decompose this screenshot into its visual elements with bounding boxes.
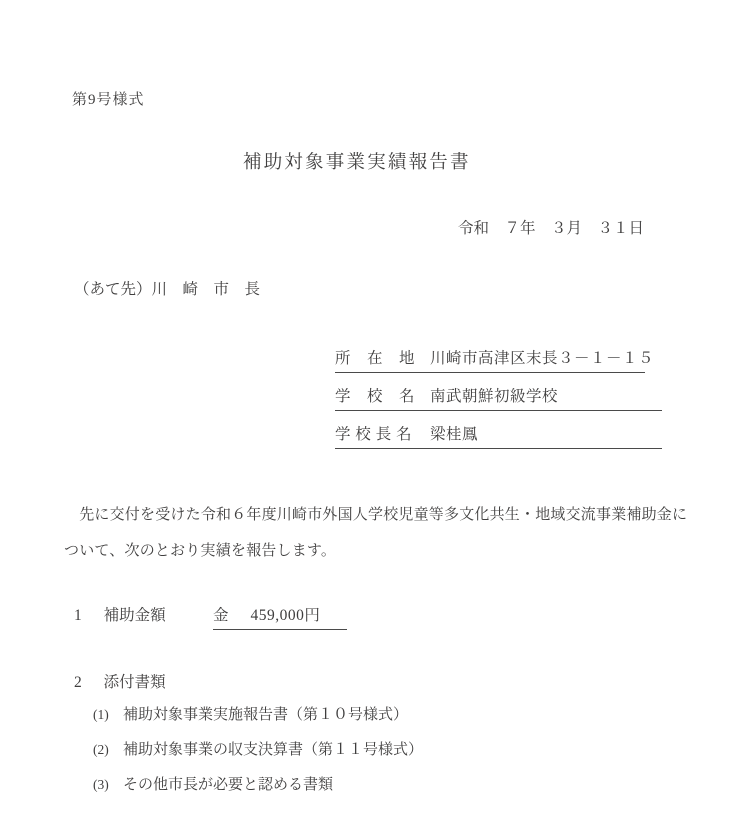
attachment-item-1: (1) 補助対象事業実施報告書（第１０号様式）: [93, 706, 408, 724]
subsidy-amount-field: 金 459,000円: [213, 607, 347, 630]
attachment-item-1-text: 補助対象事業実施報告書（第１０号様式）: [123, 706, 408, 724]
attachment-item-2-number: (2): [93, 741, 123, 759]
principal-name-field-value: 梁桂鳳: [430, 426, 478, 444]
document-date: 令和 ７年 ３月 ３１日: [458, 220, 644, 238]
section-1-label: 補助金額: [104, 607, 166, 624]
school-name-field-label: 学 校 名: [335, 388, 411, 406]
attachment-item-3: (3) その他市長が必要と認める書類: [93, 776, 333, 794]
scanned-report-page: 第9号様式 補助対象事業実績報告書 令和 ７年 ３月 ３１日 （あて先）川 崎 …: [0, 0, 735, 831]
attachment-item-3-number: (3): [93, 776, 123, 794]
principal-name-field-label: 学 校 長 名: [335, 426, 411, 444]
school-name-field-value: 南武朝鮮初級学校: [430, 388, 558, 406]
attachment-item-2-text: 補助対象事業の収支決算書（第１１号様式）: [123, 741, 423, 759]
attachment-item-2: (2) 補助対象事業の収支決算書（第１１号様式）: [93, 741, 423, 759]
body-paragraph-line-2: ついて、次のとおり実績を報告します。: [64, 542, 336, 560]
form-number: 第9号様式: [72, 91, 145, 109]
amount-value: 459,000円: [251, 607, 321, 625]
field-row-school-name: 学 校 名 南武朝鮮初級学校: [335, 388, 662, 411]
address-field-value: 川崎市高津区末長３－１－１５: [430, 350, 654, 368]
section-2-number: 2: [74, 674, 82, 692]
addressee-line: （あて先）川 崎 市 長: [74, 281, 260, 299]
field-row-address: 所 在 地 川崎市高津区末長３－１－１５: [335, 350, 645, 373]
attachment-item-3-text: その他市長が必要と認める書類: [123, 776, 333, 794]
attachment-item-1-number: (1): [93, 706, 123, 724]
amount-currency-label: 金: [213, 607, 229, 625]
field-row-principal-name: 学 校 長 名 梁桂鳳: [335, 426, 662, 449]
section-1-number: 1: [74, 607, 82, 625]
body-paragraph-line-1: 先に交付を受けた令和６年度川崎市外国人学校児童等多文化共生・地域交流事業補助金に: [64, 506, 687, 524]
section-2-heading: 2 添付書類: [74, 674, 166, 692]
document-title: 補助対象事業実績報告書: [243, 151, 471, 175]
section-1-heading: 1 補助金額: [74, 607, 166, 625]
address-field-label: 所 在 地: [335, 350, 411, 368]
section-2-label: 添付書類: [104, 674, 166, 691]
